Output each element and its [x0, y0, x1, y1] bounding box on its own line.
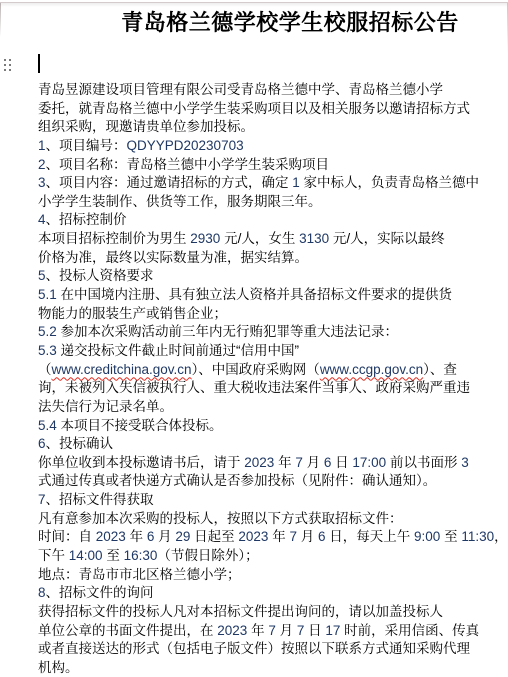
text-segment: 6: [38, 436, 46, 451]
text-segment: 7: [295, 455, 303, 470]
text-segment: 凡有意参加本次采购的投标人，按照以下方式获取招标文件：: [38, 511, 403, 526]
text-line: 时间：自 2023 年 6 月 29 日起至 2023 年 7 月 6 日，每天…: [38, 528, 498, 547]
text-segment: 1: [292, 175, 300, 190]
text-segment: 17: [325, 623, 340, 638]
text-segment: 17:00: [352, 455, 386, 470]
text-segment: 4: [38, 212, 46, 227]
text-segment: 6: [318, 529, 326, 544]
text-segment: 询，未被列入失信被执行人、重大税收违法案件当事人、政府采购严重违: [38, 380, 470, 395]
text-segment: 29: [175, 529, 190, 544]
text-segment: 日，每天上午: [326, 529, 415, 544]
text-segment: 日: [331, 455, 352, 470]
text-segment: 、招标控制价: [46, 212, 127, 227]
text-segment: 参加本次采购活动前三年内无行贿犯罪等重大违法记录：: [57, 324, 398, 339]
text-segment: 2: [38, 157, 46, 172]
text-line: 5.3 递交投标文件截止时间前通过“信用中国”: [38, 342, 498, 361]
text-line: （www.creditchina.gov.cn）、中国政府采购网（www.ccg…: [38, 361, 498, 380]
text-segment: ）、查: [423, 362, 457, 377]
text-segment: 、项目内容：通过邀请招标的方式，确定: [46, 175, 293, 190]
text-segment: （节假日除外）；: [157, 548, 258, 563]
text-segment: 5.4: [38, 418, 57, 433]
text-line: 委托，就青岛格兰德中小学学生装采购项目以及相关服务以邀请招标方式: [38, 100, 498, 119]
text-segment: 、招标文件得获取: [46, 492, 154, 507]
text-cursor: [38, 54, 40, 73]
text-line: 物能力的服装生产或销售企业；: [38, 305, 498, 324]
text-segment: 8: [38, 585, 46, 600]
text-line: 1、项目编号：QDYYPD20230703: [38, 137, 498, 156]
text-segment: 16:30: [124, 548, 158, 563]
text-line: 2、项目名称：青岛格兰德中小学学生装采购项目: [38, 156, 498, 175]
text-line: 价格为准，最终以实际数量为准，据实结算。: [38, 249, 498, 268]
text-line: 3、项目内容：通过邀请招标的方式，确定 1 家中标人，负责青岛格兰德中: [38, 174, 498, 193]
text-segment: 、项目名称：青岛格兰德中小学学生装采购项目: [46, 157, 330, 172]
text-line: 组织采购，现邀请贵单位参加投标。: [38, 118, 498, 137]
text-segment: 机构。: [38, 660, 79, 675]
text-line: 小学学生装制作、供货等工作，服务期限三年。: [38, 193, 498, 212]
text-segment: 2023: [238, 529, 268, 544]
text-line: 凡有意参加本次采购的投标人，按照以下方式获取招标文件：: [38, 510, 498, 529]
text-line: 单位公章的书面文件提出，在 2023 年 7 月 7 日 17 时前，采用信函、…: [38, 622, 498, 641]
text-segment: 11:30: [461, 529, 494, 544]
text-segment: 年: [268, 529, 289, 544]
text-segment: 日起至: [190, 529, 238, 544]
text-segment: 月: [154, 529, 175, 544]
text-segment: 、项目编号：: [46, 138, 127, 153]
text-segment: 5: [38, 268, 46, 283]
document-title: 青岛格兰德学校学生校服招标公告: [0, 9, 508, 36]
text-segment: 月: [276, 623, 297, 638]
text-segment: 至: [440, 529, 461, 544]
text-segment: 9:00: [414, 529, 440, 544]
text-segment: ，: [494, 529, 508, 544]
text-segment: 3: [461, 455, 469, 470]
text-segment: 3130: [299, 231, 329, 246]
text-segment: 7: [268, 623, 276, 638]
text-line: 机构。: [38, 659, 498, 677]
text-segment: 元/人，实际以最终: [329, 231, 445, 246]
text-segment: 组织采购，现邀请贵单位参加投标。: [38, 119, 254, 134]
text-line: 地点：青岛市市北区格兰德小学；: [38, 566, 498, 585]
empty-paragraph[interactable]: [38, 53, 508, 74]
text-line: 7、招标文件得获取: [38, 491, 498, 510]
text-segment: 物能力的服装生产或销售企业；: [38, 306, 227, 321]
text-segment: 2023: [96, 529, 126, 544]
text-segment: 年: [126, 529, 147, 544]
text-segment: 、投标人资格要求: [46, 268, 154, 283]
text-segment: 本项目招标控制价为男生: [38, 231, 190, 246]
text-segment: 下午: [38, 548, 69, 563]
text-segment: （: [38, 362, 52, 377]
text-segment: 获得招标文件的投标人凡对本招标文件提出询问的，请以加盖投标人: [38, 604, 443, 619]
text-segment: 在中国境内注册、具有独立法人资格并具备招标文件要求的提供货: [57, 287, 452, 302]
text-line: 5、投标人资格要求: [38, 267, 498, 286]
text-segment: 年: [247, 623, 268, 638]
text-segment: 2023: [244, 455, 274, 470]
text-line: 青岛昱源建设项目管理有限公司受青岛格兰德中学、青岛格兰德小学: [38, 81, 498, 100]
text-segment: 7: [289, 529, 297, 544]
text-segment: 5.1: [38, 287, 57, 302]
text-segment: 年: [274, 455, 295, 470]
text-segment: QDYYPD20230703: [127, 138, 244, 153]
text-segment: 日: [304, 623, 325, 638]
text-line: 法失信行为记录名单。: [38, 398, 498, 417]
text-segment: 1: [38, 138, 46, 153]
text-segment: ）、中国政府采购网（: [192, 362, 320, 377]
text-segment: 至: [103, 548, 124, 563]
text-line: 5.4 本项目不接受联合体投标。: [38, 417, 498, 436]
text-segment: 或者直接送达的形式（包括电子版文件）按照以下联系方式通知采购代理: [38, 641, 470, 656]
document-body[interactable]: 青岛昱源建设项目管理有限公司受青岛格兰德中学、青岛格兰德小学委托，就青岛格兰德中…: [38, 81, 498, 677]
text-segment: 7: [38, 492, 46, 507]
text-segment: 前以书面形: [386, 455, 461, 470]
text-segment: 法失信行为记录名单。: [38, 399, 173, 414]
text-segment: 月: [297, 529, 318, 544]
text-line: 5.1 在中国境内注册、具有独立法人资格并具备招标文件要求的提供货: [38, 286, 498, 305]
text-segment: 青岛昱源建设项目管理有限公司受青岛格兰德中学、青岛格兰德小学: [38, 82, 443, 97]
text-segment: 递交投标文件截止时间前通过“信用中国”: [57, 343, 299, 358]
text-line: 4、招标控制价: [38, 211, 498, 230]
text-segment: 、投标确认: [46, 436, 114, 451]
text-segment: 单位公章的书面文件提出，在: [38, 623, 217, 638]
text-segment: 3: [38, 175, 46, 190]
url-link[interactable]: www.creditchina.gov.cn: [52, 362, 192, 377]
text-segment: 地点：青岛市市北区格兰德小学；: [38, 567, 241, 582]
text-segment: 本项目不接受联合体投标。: [57, 418, 223, 433]
text-segment: 时间：自: [38, 529, 96, 544]
page-left-edge: [0, 3, 1, 37]
text-line: 5.2 参加本次采购活动前三年内无行贿犯罪等重大违法记录：: [38, 323, 498, 342]
text-segment: 时前，采用信函、传真: [340, 623, 479, 638]
page-top-edge-shadow: [0, 3, 508, 7]
text-segment: 价格为准，最终以实际数量为准，据实结算。: [38, 250, 308, 265]
text-line: 本项目招标控制价为男生 2930 元/人，女生 3130 元/人，实际以最终: [38, 230, 498, 249]
drag-handle-icon[interactable]: [4, 59, 12, 73]
text-line: 下午 14:00 至 16:30（节假日除外）；: [38, 547, 498, 566]
text-line: 询，未被列入失信被执行人、重大税收违法案件当事人、政府采购严重违: [38, 379, 498, 398]
text-line: 你单位收到本投标邀请书后，请于 2023 年 7 月 6 日 17:00 前以书…: [38, 454, 498, 473]
text-segment: 委托，就青岛格兰德中小学学生装采购项目以及相关服务以邀请招标方式: [38, 101, 470, 116]
text-segment: 、招标文件的询问: [46, 585, 154, 600]
text-segment: 5.2: [38, 324, 57, 339]
text-segment: 元/人，女生: [220, 231, 299, 246]
text-segment: 14:00: [69, 548, 103, 563]
text-line: 获得招标文件的投标人凡对本招标文件提出询问的，请以加盖投标人: [38, 603, 498, 622]
text-segment: 2930: [190, 231, 220, 246]
text-segment: 式通过传真或者快递方式确认是否参加投标（见附件：确认通知）。: [38, 473, 436, 488]
text-line: 或者直接送达的形式（包括电子版文件）按照以下联系方式通知采购代理: [38, 640, 498, 659]
text-segment: 月: [303, 455, 324, 470]
text-segment: 5.3: [38, 343, 57, 358]
text-line: 式通过传真或者快递方式确认是否参加投标（见附件：确认通知）。: [38, 472, 498, 491]
text-segment: 家中标人，负责青岛格兰德中: [300, 175, 479, 190]
text-segment: 你单位收到本投标邀请书后，请于: [38, 455, 244, 470]
text-segment: 小学学生装制作、供货等工作，服务期限三年。: [38, 194, 322, 209]
url-link[interactable]: www.ccgp.gov.cn: [320, 362, 423, 377]
text-segment: 2023: [217, 623, 247, 638]
text-line: 8、招标文件的询问: [38, 584, 498, 603]
text-line: 6、投标确认: [38, 435, 498, 454]
